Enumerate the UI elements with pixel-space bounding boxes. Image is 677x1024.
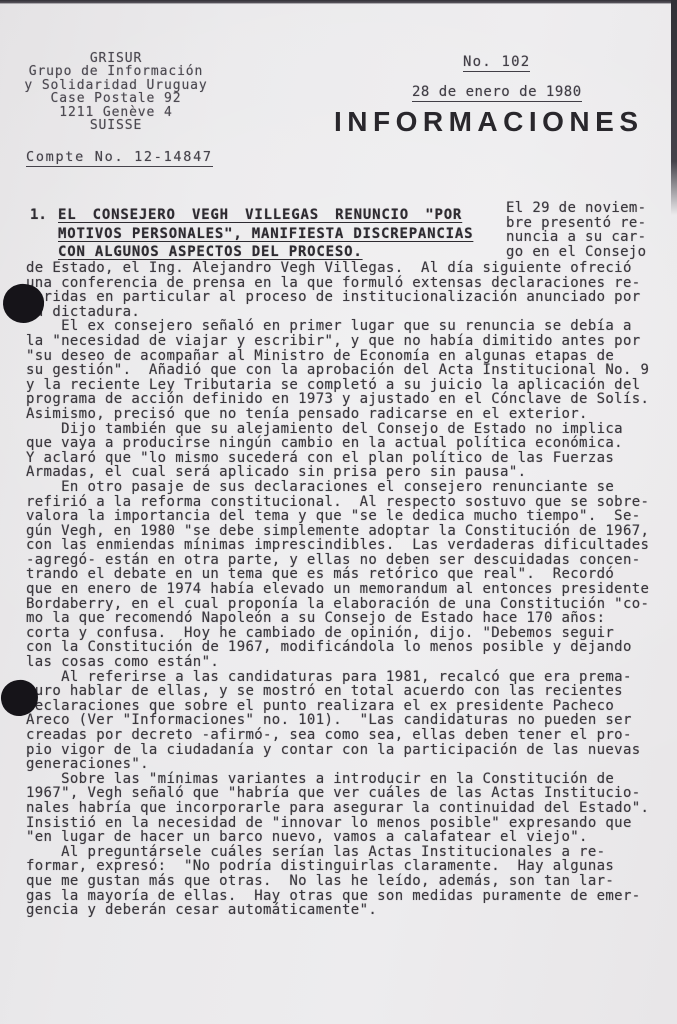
scan-right-edge [671,0,677,215]
article-body: de Estado, el Ing. Alejandro Vegh Villeg… [26,261,674,918]
sender-org-name-line1: Grupo de Información [16,65,216,78]
article-intro-right-column: El 29 de noviem- bre presentó re- nuncia… [506,201,646,259]
headline-line-1: EL CONSEJERO VEGH VILLEGAS RENUNCIO "POR [58,206,462,225]
article-item-number: 1. [30,206,58,262]
body-paragraph-1: de Estado, el Ing. Alejandro Vegh Villeg… [26,261,674,319]
body-paragraph-5: Al referirse a las candidaturas para 198… [26,670,674,772]
sender-city: 1211 Genève 4 [16,106,216,119]
body-paragraph-7: Al preguntársele cuáles serían las Actas… [26,845,674,918]
headline-line-2: MOTIVOS PERSONALES", MANIFIESTA DISCREPA… [58,225,473,244]
scan-top-edge [0,0,677,4]
account-number-line: Compte No. 12-14847 [26,149,213,167]
body-paragraph-2: El ex consejero señaló en primer lugar q… [26,319,674,421]
scanned-newsletter-page: GRISUR Grupo de Información y Solidarida… [0,0,677,1024]
body-paragraph-4: En otro pasaje de sus declaraciones el c… [26,480,674,670]
body-paragraph-6: Sobre las "mínimas variantes a introduci… [26,772,674,845]
sender-address-block: GRISUR Grupo de Información y Solidarida… [16,52,216,132]
masthead-title: INFORMACIONES [334,106,644,138]
body-paragraph-3: Dijo también que su alejamiento del Cons… [26,422,674,480]
headline-line-3: CON ALGUNOS ASPECTOS DEL PROCESO. [58,243,363,262]
sender-po-box: Case Postale 92 [16,92,216,105]
sender-country: SUISSE [16,119,216,132]
issue-date: 28 de enero de 1980 [412,84,582,102]
article-headline: 1. EL CONSEJERO VEGH VILLEGAS RENUNCIO "… [30,206,473,262]
issue-number: No. 102 [463,54,530,72]
